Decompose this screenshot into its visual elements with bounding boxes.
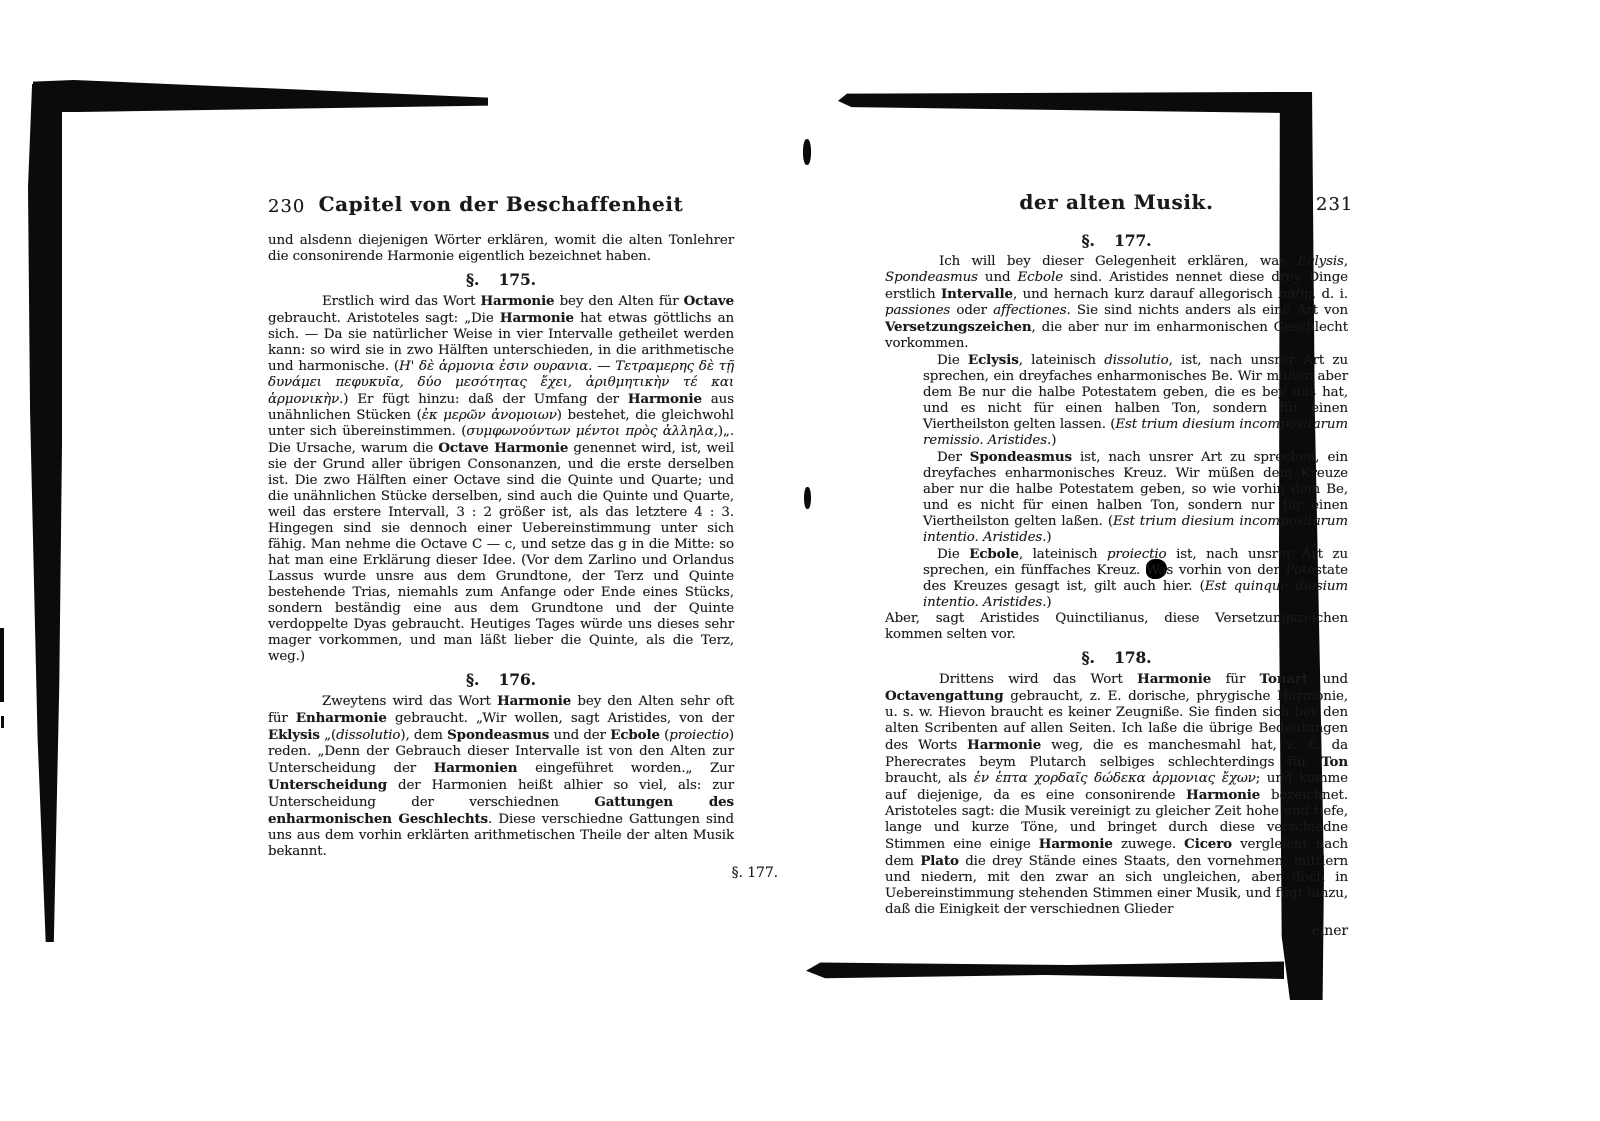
text-run: Harmonie [497, 693, 571, 709]
section-heading: §. 178. [885, 650, 1348, 666]
text-run: Spondeasmus [885, 270, 978, 285]
paragraph: Die Ecbole, lateinisch proiectio ist, na… [923, 546, 1348, 611]
text-run: ) Er fügt hinzu: daß der Umfang der [343, 392, 628, 407]
text-run: συμφωνούντων μέντοι πρὸς ἀλληλα, [466, 424, 717, 439]
text-run: für [1211, 672, 1259, 687]
text-run: ἐκ μερῶν ἀνομοιων [422, 408, 557, 423]
left-edge-mark [0, 628, 4, 702]
text-run: zuwege. [1113, 837, 1184, 852]
text-run: Harmonie [480, 293, 554, 309]
text-run: ) [1051, 433, 1056, 448]
paragraph: Zweytens wird das Wort Harmonie bey den … [268, 693, 734, 860]
scan-border-left-bar [28, 84, 62, 942]
text-run: proiectio [669, 728, 729, 743]
text-run: Octave Harmonie [438, 440, 568, 456]
text-run: Die [937, 547, 969, 562]
text-run: und [978, 270, 1018, 285]
text-run: Die [937, 353, 968, 368]
text-run: ( [660, 728, 669, 743]
text-run: Intervalle [941, 286, 1013, 302]
text-run: Octave [684, 293, 734, 309]
text-run: Harmonie [500, 310, 574, 326]
text-run: und alsdenn diejenigen Wörter erklären, … [268, 233, 734, 264]
scan-border-top-left [33, 80, 488, 112]
text-run: Spondeasmus [447, 727, 549, 743]
text-run: §. 177. [1082, 231, 1152, 250]
left-edge-mark [1, 716, 4, 728]
paragraph: Aber, sagt Aristides Quinctilianus, dies… [885, 611, 1348, 643]
scan-border-bottom-bar [806, 957, 1284, 982]
text-run: Harmonie [1186, 787, 1260, 803]
text-run: Enharmonie [296, 710, 387, 726]
right-page-text-column: §. 177.Ich will bey dieser Gelegenheit e… [885, 226, 1348, 939]
scanned-book-spread: { "colors": { "ink": "#1a1a1a", "paper":… [0, 0, 1600, 1121]
text-run: ), dem [400, 728, 447, 743]
text-run: oder [950, 303, 993, 318]
text-run: , und hernach kurz darauf allegorisch [1013, 287, 1278, 302]
text-run: Octavengattung [885, 688, 1004, 704]
text-run: ) [1046, 530, 1051, 545]
text-run: Zweytens wird das Wort [322, 694, 497, 709]
gutter-ink-mark [804, 487, 811, 509]
text-run: Ich will bey dieser Gelegenheit erklären… [939, 254, 1297, 269]
text-run: Harmonie [1039, 836, 1113, 852]
page-gutter-line [806, 114, 809, 986]
text-run: Ecbole [1018, 270, 1064, 285]
text-run: §. 175. [466, 270, 536, 289]
text-run: Erstlich wird das Wort [322, 294, 480, 309]
section-heading: §. 177. [885, 233, 1348, 249]
text-run: Harmonie [628, 391, 702, 407]
text-run: Eklysis [268, 727, 320, 743]
text-run: Tonart [1260, 671, 1308, 687]
text-run: Aber, sagt Aristides Quinctilianus, dies… [885, 611, 1348, 642]
paragraph: Ich will bey dieser Gelegenheit erklären… [885, 254, 1348, 352]
text-run: . Sie sind nichts anders als eine Art vo… [1067, 303, 1349, 318]
text-run: einer [1312, 923, 1348, 939]
catchword: §. 177. [268, 865, 778, 881]
page-number-right: 231 [1316, 194, 1353, 215]
text-run: und [1308, 672, 1348, 687]
gutter-ink-mark [803, 139, 811, 165]
left-page-text-column: und alsdenn diejenigen Wörter erklären, … [268, 233, 734, 881]
paragraph: und alsdenn diejenigen Wörter erklären, … [268, 233, 734, 265]
text-run: ) [1046, 595, 1051, 610]
text-run: §. 178. [1082, 648, 1152, 667]
text-run: Harmonie [967, 737, 1041, 753]
text-run: , lateinisch [1019, 353, 1105, 368]
text-run: Drittens wird das Wort [939, 672, 1137, 687]
paragraph: Der Spondeasmus ist, nach unsrer Art zu … [923, 449, 1348, 546]
section-heading: §. 175. [268, 272, 734, 288]
text-run: Ecbole [969, 546, 1019, 562]
text-run: proiectio [1107, 547, 1167, 562]
text-run: Ton [1321, 754, 1348, 770]
text-run: eingeführet worden.„ Zur [517, 761, 734, 776]
text-run: bey den Alten für [554, 294, 683, 309]
section-heading: §. 176. [268, 672, 734, 688]
catchword: einer [885, 923, 1348, 939]
text-run: „( [320, 728, 336, 743]
text-run: Plato [920, 853, 958, 869]
text-run: Ecbole [610, 727, 660, 743]
text-run: und der [549, 728, 610, 743]
text-run: Harmonien [434, 760, 518, 776]
text-run: dissolutio [1104, 353, 1168, 368]
text-run: ἐν ἑπτα χορδαῖς δώδεκα ἁρμονιας ἔχων [974, 771, 1256, 786]
text-run: affectiones [993, 303, 1066, 318]
text-run: gebraucht. Aristoteles sagt: „Die [268, 311, 500, 326]
text-run: genennet wird, ist, weil sie der Grund a… [268, 441, 734, 664]
text-run: Der [937, 450, 970, 465]
paragraph: Drittens wird das Wort Harmonie für Tona… [885, 671, 1348, 918]
text-run: , d. i. [1312, 287, 1348, 302]
text-run: §. 176. [466, 670, 536, 689]
text-run: braucht, als [885, 771, 974, 786]
text-run: Cicero [1184, 836, 1232, 852]
scan-border-top-right [838, 92, 1286, 113]
text-run: , lateinisch [1019, 547, 1107, 562]
running-header-right: der alten Musik. [885, 190, 1348, 214]
text-run: Eclysis [968, 352, 1019, 368]
running-header-left: Capitel von der Beschaffenheit [268, 192, 734, 216]
paragraph: Die Eclysis, lateinisch dissolutio, ist,… [923, 352, 1348, 449]
text-run: πάθη [1278, 287, 1312, 302]
text-run: dissolutio [336, 728, 400, 743]
text-run: §. 177. [732, 865, 778, 881]
text-run: , [1344, 254, 1348, 269]
text-run: Versetzungszeichen [885, 319, 1032, 335]
text-run: Unterscheidung [268, 777, 387, 793]
text-run: passiones [885, 303, 950, 318]
text-run: gebraucht. „Wir wollen, sagt Aristides, … [387, 711, 734, 726]
text-run: Eclysis [1297, 254, 1343, 269]
text-run: Spondeasmus [970, 449, 1072, 465]
text-run: Harmonie [1137, 671, 1211, 687]
paragraph: Erstlich wird das Wort Harmonie bey den … [268, 293, 734, 665]
